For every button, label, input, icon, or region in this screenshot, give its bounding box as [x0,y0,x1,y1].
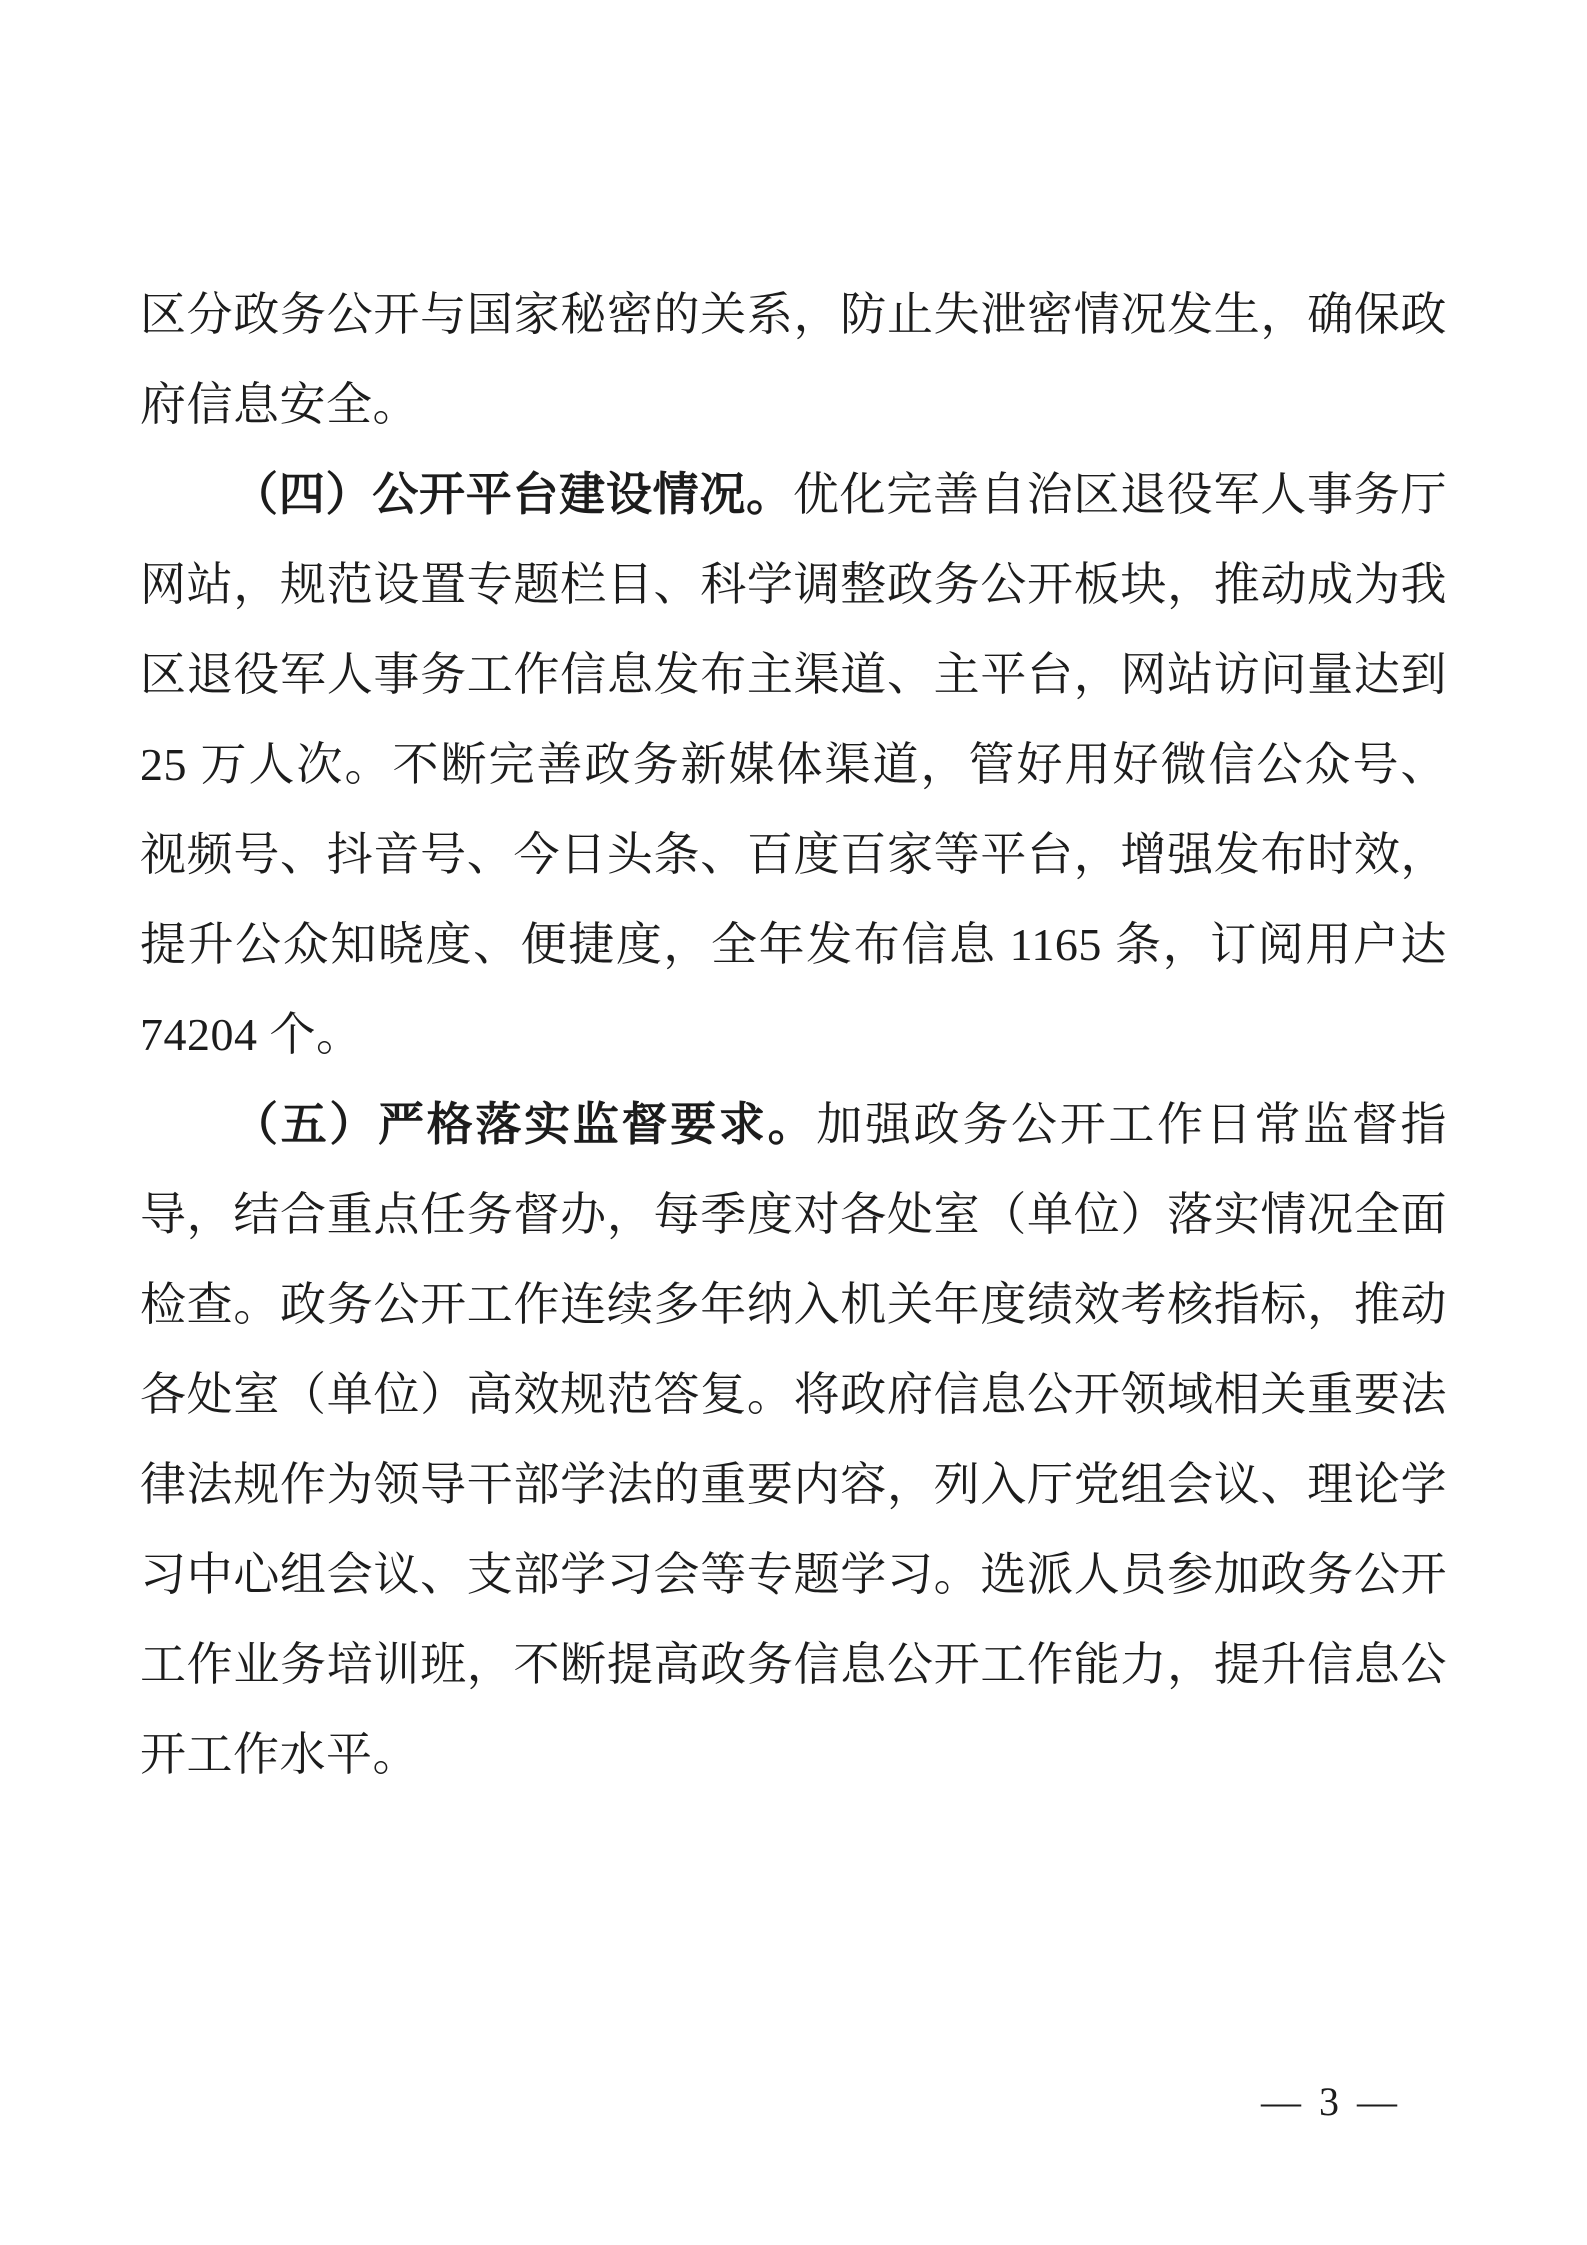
paragraph-section-four: （四）公开平台建设情况。优化完善自治区退役军人事务厅网站，规范设置专题栏目、科学… [140,450,1447,1080]
paragraph-text: 优化完善自治区退役军人事务厅网站，规范设置专题栏目、科学调整政务公开板块，推动成… [140,469,1447,1060]
document-page: 区分政务公开与国家秘密的关系，防止失泄密情况发生，确保政府信息安全。 （四）公开… [0,0,1587,2245]
paragraph-text: 区分政务公开与国家秘密的关系，防止失泄密情况发生，确保政府信息安全。 [140,289,1447,430]
paragraph-text: 加强政务公开工作日常监督指导，结合重点任务督办，每季度对各处室（单位）落实情况全… [140,1099,1447,1780]
document-body: 区分政务公开与国家秘密的关系，防止失泄密情况发生，确保政府信息安全。 （四）公开… [140,270,1447,1800]
page-number: — 3 — [1261,2078,1401,2126]
paragraph-heading: （四）公开平台建设情况。 [232,469,793,520]
paragraph-heading: （五）严格落实监督要求。 [232,1099,816,1150]
paragraph-section-five: （五）严格落实监督要求。加强政务公开工作日常监督指导，结合重点任务督办，每季度对… [140,1080,1447,1800]
paragraph-continuation: 区分政务公开与国家秘密的关系，防止失泄密情况发生，确保政府信息安全。 [140,270,1447,450]
